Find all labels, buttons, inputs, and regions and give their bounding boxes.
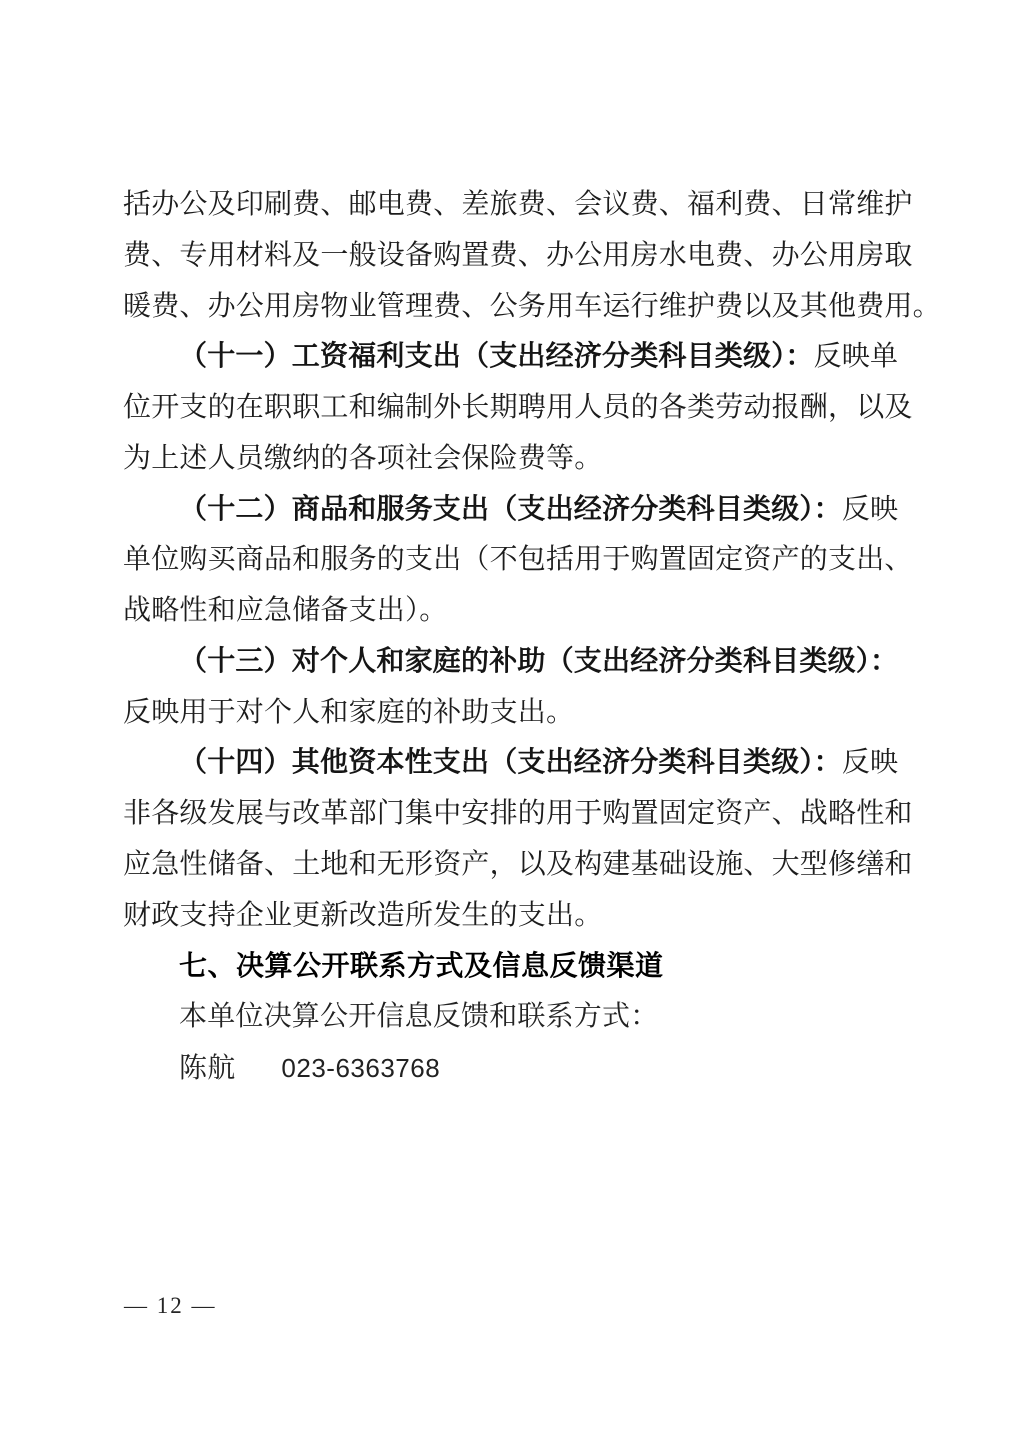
contact-line: 陈航023-6363768 xyxy=(123,1043,913,1094)
line-text: 反映用于对个人和家庭的补助支出。 xyxy=(123,697,574,728)
paragraph-line: 非各级发展与改革部门集中安排的用于购置固定资产、战略性和 xyxy=(123,789,913,840)
page-number: — 12 — xyxy=(124,1290,217,1322)
section-heading: 七、决算公开联系方式及信息反馈渠道 xyxy=(123,941,913,992)
contact-phone: 023-6363768 xyxy=(281,1053,440,1083)
line-text: 暖费、办公用房物业管理费、公务用车运行维护费以及其他费用。 xyxy=(123,291,941,322)
line-text: 位开支的在职职工和编制外长期聘用人员的各类劳动报酬，以及 xyxy=(123,392,913,423)
paragraph-line: 为上述人员缴纳的各项社会保险费等。 xyxy=(123,434,913,485)
paragraph-line: 括办公及印刷费、邮电费、差旅费、会议费、福利费、日常维护 xyxy=(123,180,913,231)
paragraph-line: 暖费、办公用房物业管理费、公务用车运行维护费以及其他费用。 xyxy=(123,282,913,333)
paragraph-lead-text: （十二）商品和服务支出（支出经济分类科目类级）： xyxy=(179,494,842,525)
section-heading-text: 七、决算公开联系方式及信息反馈渠道 xyxy=(179,950,664,981)
paragraph-lead-text: （十四）其他资本性支出（支出经济分类科目类级）： xyxy=(179,747,842,778)
paragraph-lead-text: （十一）工资福利支出（支出经济分类科目类级）： xyxy=(179,341,814,372)
paragraph-line: 反映用于对个人和家庭的补助支出。 xyxy=(123,688,913,739)
line-text: 反映 xyxy=(842,747,898,778)
line-text: 财政支持企业更新改造所发生的支出。 xyxy=(123,900,602,931)
line-text: 费、专用材料及一般设备购置费、办公用房水电费、办公用房取 xyxy=(123,240,913,271)
line-text: 反映 xyxy=(842,494,898,525)
paragraph-line: （十二）商品和服务支出（支出经济分类科目类级）：反映 xyxy=(123,485,913,536)
line-text: 战略性和应急储备支出）。 xyxy=(123,595,447,626)
contact-intro-line: 本单位决算公开信息反馈和联系方式： xyxy=(123,992,913,1043)
contact-name: 陈航 xyxy=(179,1053,235,1084)
line-text: 为上述人员缴纳的各项社会保险费等。 xyxy=(123,443,602,474)
paragraph-line: （十一）工资福利支出（支出经济分类科目类级）：反映单 xyxy=(123,332,913,383)
paragraph-line: 位开支的在职职工和编制外长期聘用人员的各类劳动报酬，以及 xyxy=(123,383,913,434)
line-text: 非各级发展与改革部门集中安排的用于购置固定资产、战略性和 xyxy=(123,798,913,829)
paragraph-line: 费、专用材料及一般设备购置费、办公用房水电费、办公用房取 xyxy=(123,231,913,282)
text-block: 括办公及印刷费、邮电费、差旅费、会议费、福利费、日常维护费、专用材料及一般设备购… xyxy=(123,180,913,1094)
line-text: 括办公及印刷费、邮电费、差旅费、会议费、福利费、日常维护 xyxy=(123,189,913,220)
line-text: 反映单 xyxy=(814,341,899,372)
document-page: 括办公及印刷费、邮电费、差旅费、会议费、福利费、日常维护费、专用材料及一般设备购… xyxy=(0,0,1024,1447)
paragraph-line: 战略性和应急储备支出）。 xyxy=(123,586,913,637)
line-text: 单位购买商品和服务的支出（不包括用于购置固定资产的支出、 xyxy=(123,544,913,575)
paragraph-line: 应急性储备、土地和无形资产，以及构建基础设施、大型修缮和 xyxy=(123,840,913,891)
paragraph-line: 单位购买商品和服务的支出（不包括用于购置固定资产的支出、 xyxy=(123,535,913,586)
line-text: 应急性储备、土地和无形资产，以及构建基础设施、大型修缮和 xyxy=(123,849,913,880)
paragraph-line: （十三）对个人和家庭的补助（支出经济分类科目类级）： xyxy=(123,637,913,688)
paragraph-lead-text: （十三）对个人和家庭的补助（支出经济分类科目类级）： xyxy=(179,646,898,677)
paragraph-line: 财政支持企业更新改造所发生的支出。 xyxy=(123,891,913,942)
line-text: 本单位决算公开信息反馈和联系方式： xyxy=(179,1001,658,1032)
paragraph-line: （十四）其他资本性支出（支出经济分类科目类级）：反映 xyxy=(123,738,913,789)
